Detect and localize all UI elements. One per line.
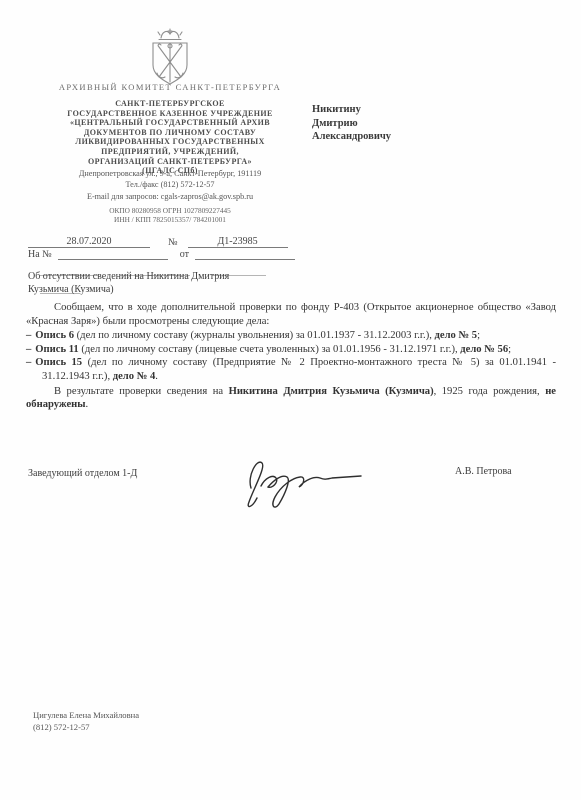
list-dash: –	[26, 330, 31, 341]
reply-to-label: На №	[28, 249, 52, 260]
incoming-reference-row: На № от	[28, 249, 348, 260]
scan-artifact-line	[40, 263, 340, 265]
org-line: САНКТ-ПЕТЕРБУРГСКОЕ	[25, 99, 315, 109]
handwritten-signature-icon	[235, 450, 375, 510]
delo-number: дело № 4	[113, 371, 156, 382]
list-item-opis-11: –Опись 11 (дел по личному составу (лицев…	[26, 343, 556, 357]
okpo-ogrn-line: ОКПО 80280958 ОГРН 1027809227445	[25, 206, 315, 215]
opis-number: Опись 11	[35, 344, 78, 355]
executor-name: Цигулева Елена Михайловна	[33, 710, 139, 722]
recipient-surname: Никитину	[312, 103, 391, 117]
letter-number: Д1-23985	[188, 236, 288, 248]
delo-number: дело № 56	[460, 344, 508, 355]
number-sign: №	[168, 237, 178, 248]
opis-number: Опись 15	[35, 357, 82, 368]
executor-contact-block: Цигулева Елена Михайловна (812) 572-12-5…	[33, 710, 139, 733]
person-name-bold: Никитина Дмитрия Кузьмича (Кузмича)	[229, 386, 434, 397]
inn-kpp-line: ИНН / КПП 7825015357/ 784201001	[25, 215, 315, 224]
result-prefix: В результате проверки сведения на	[54, 386, 229, 397]
list-dash: –	[26, 357, 31, 368]
scanned-letter-page: АРХИВНЫЙ КОМИТЕТ САНКТ-ПЕТЕРБУРГА САНКТ-…	[0, 0, 581, 800]
list-item-opis-15: –Опись 15 (дел по личному составу (Предп…	[26, 356, 556, 383]
list-punct: ;	[477, 330, 480, 341]
org-line: ГОСУДАРСТВЕННОЕ КАЗЕННОЕ УЧРЕЖДЕНИЕ	[25, 109, 315, 119]
spb-coat-of-arms-icon	[138, 27, 202, 89]
list-punct: ;	[508, 344, 511, 355]
phone-fax-line: Тел./факс (812) 572-12-57	[25, 180, 315, 189]
recipient-firstname: Дмитрию	[312, 117, 391, 131]
letter-date: 28.07.2020	[28, 236, 150, 248]
executor-phone: (812) 572-12-57	[33, 722, 139, 734]
recipient-block: Никитину Дмитрию Александровичу	[312, 103, 391, 144]
from-label: от	[180, 249, 189, 260]
org-line: «ЦЕНТРАЛЬНЫЙ ГОСУДАРСТВЕННЫЙ АРХИВ	[25, 118, 315, 128]
opis-description: (дел по личному составу (журналы увольне…	[74, 330, 435, 341]
signer-position-title: Заведующий отделом 1-Д	[28, 468, 137, 479]
result-middle: , 1925 года рождения,	[434, 386, 546, 397]
postal-address: Днепропетровская ул., 9-а, Санкт-Петербу…	[25, 169, 315, 178]
signer-name: А.В. Петрова	[455, 466, 512, 477]
org-line: ДОКУМЕНТОВ ПО ЛИЧНОМУ СОСТАВУ	[25, 128, 315, 138]
result-tail: .	[86, 399, 89, 410]
reply-date-blank	[195, 259, 295, 260]
list-item-opis-6: –Опись 6 (дел по личному составу (журнал…	[26, 329, 556, 343]
opis-number: Опись 6	[35, 330, 74, 341]
org-line: ПРЕДПРИЯТИЙ, УЧРЕЖДЕНИЙ,	[25, 147, 315, 157]
list-punct: .	[155, 371, 158, 382]
recipient-patronymic: Александровичу	[312, 130, 391, 144]
list-dash: –	[26, 344, 31, 355]
org-line: ОРГАНИЗАЦИЙ САНКТ-ПЕТЕРБУРГА»	[25, 157, 315, 167]
letter-body: Сообщаем, что в ходе дополнительной пров…	[26, 301, 556, 412]
intro-paragraph: Сообщаем, что в ходе дополнительной пров…	[26, 301, 556, 328]
delo-number: дело № 5	[435, 330, 478, 341]
reply-number-blank	[58, 259, 168, 260]
archive-committee-heading: АРХИВНЫЙ КОМИТЕТ САНКТ-ПЕТЕРБУРГА	[25, 82, 315, 92]
organization-name-block: САНКТ-ПЕТЕРБУРГСКОЕ ГОСУДАРСТВЕННОЕ КАЗЕ…	[25, 99, 315, 176]
org-line: ЛИКВИДИРОВАННЫХ ГОСУДАРСТВЕННЫХ	[25, 137, 315, 147]
result-paragraph: В результате проверки сведения на Никити…	[26, 385, 556, 412]
letter-subject: Об отсутствии сведений на Никитина Дмитр…	[28, 270, 243, 296]
case-files-list: –Опись 6 (дел по личному составу (журнал…	[26, 329, 556, 383]
email-line: E-mail для запросов: cgals-zapros@ak.gov…	[25, 192, 315, 201]
outgoing-reference-row: 28.07.2020 № Д1-23985	[28, 236, 348, 248]
opis-description: (дел по личному составу (лицевые счета у…	[79, 344, 461, 355]
